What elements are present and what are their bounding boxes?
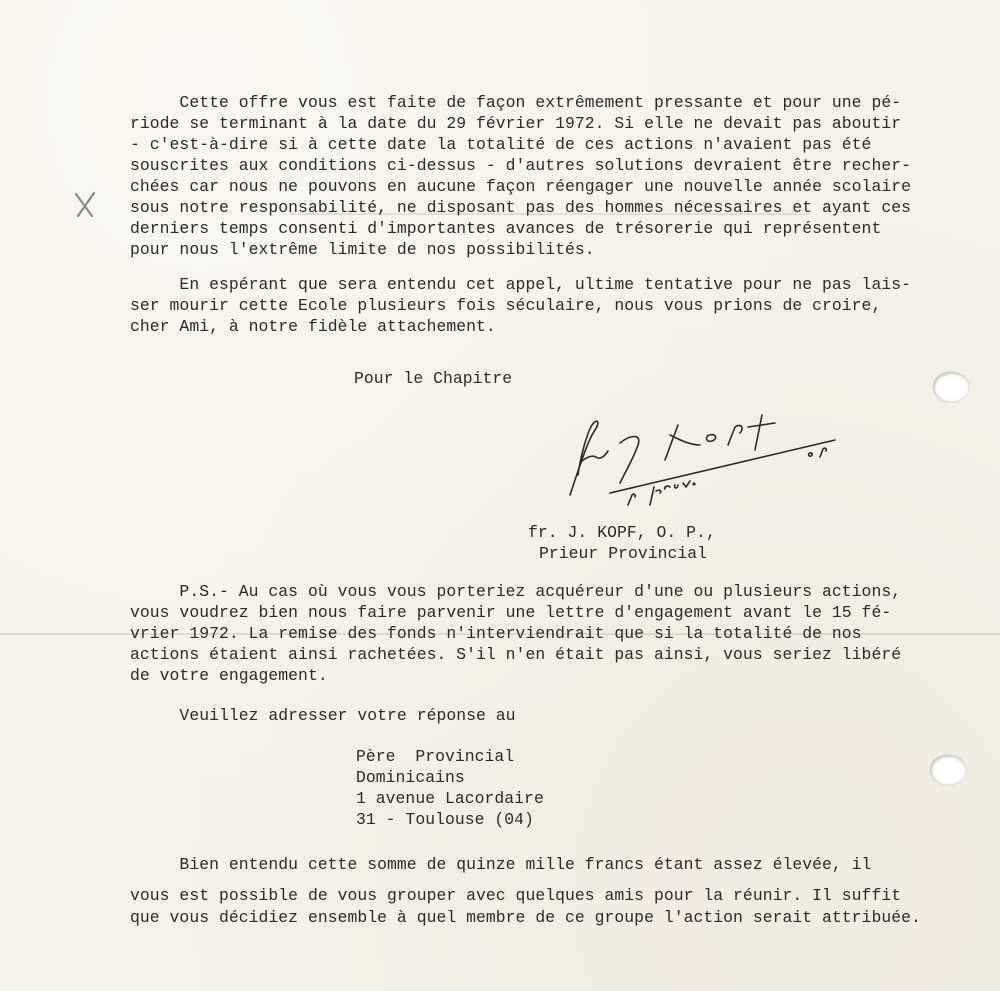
punch-hole <box>933 372 969 402</box>
text-line: vous est possible de vous grouper avec q… <box>130 886 901 906</box>
text-line: sous notre responsabilité, ne disposant … <box>130 198 911 218</box>
text-line: de votre engagement. <box>130 666 328 686</box>
text-line: cher Ami, à notre fidèle attachement. <box>130 317 496 337</box>
text-line: En espérant que sera entendu cet appel, … <box>130 275 911 295</box>
text-line: derniers temps consenti d'importantes av… <box>130 219 881 239</box>
text-line: Bien entendu cette somme de quinze mille… <box>130 855 871 875</box>
handwritten-signature <box>550 405 850 515</box>
text-line: chées car nous ne pouvons en aucune faço… <box>130 177 911 197</box>
signatory-title: Prieur Provincial <box>539 544 707 564</box>
text-line: riode se terminant à la date du 29 févri… <box>130 114 901 134</box>
text-line: ser mourir cette Ecole plusieurs fois sé… <box>130 296 881 316</box>
text-line: actions étaient ainsi rachetées. S'il n'… <box>130 645 901 665</box>
margin-x-mark-icon <box>70 190 100 220</box>
text-line: souscrites aux conditions ci-dessus - d'… <box>130 156 911 176</box>
text-line: vous voudrez bien nous faire parvenir un… <box>130 603 891 623</box>
address-intro: Veuillez adresser votre réponse au <box>130 706 516 726</box>
text-line: que vous décidiez ensemble à quel membre… <box>130 908 921 928</box>
text-line: - c'est-à-dire si à cette date la totali… <box>130 135 871 155</box>
address-line: 1 avenue Lacordaire <box>356 789 544 809</box>
text-line: pour nous l'extrême limite de nos possib… <box>130 240 595 260</box>
letter-page: Cette offre vous est faite de façon extr… <box>0 0 1000 991</box>
text-line: P.S.- Au cas où vous vous porteriez acqu… <box>130 582 901 602</box>
address-line: Dominicains <box>356 768 465 788</box>
address-line: Père Provincial <box>356 747 514 767</box>
text-line: vrier 1972. La remise des fonds n'interv… <box>130 624 862 644</box>
punch-hole <box>930 755 966 785</box>
text-line: Cette offre vous est faite de façon extr… <box>130 93 901 113</box>
signatory-name: fr. J. KOPF, O. P., <box>528 523 716 543</box>
address-line: 31 - Toulouse (04) <box>356 810 534 830</box>
closing-line: Pour le Chapitre <box>354 369 512 389</box>
